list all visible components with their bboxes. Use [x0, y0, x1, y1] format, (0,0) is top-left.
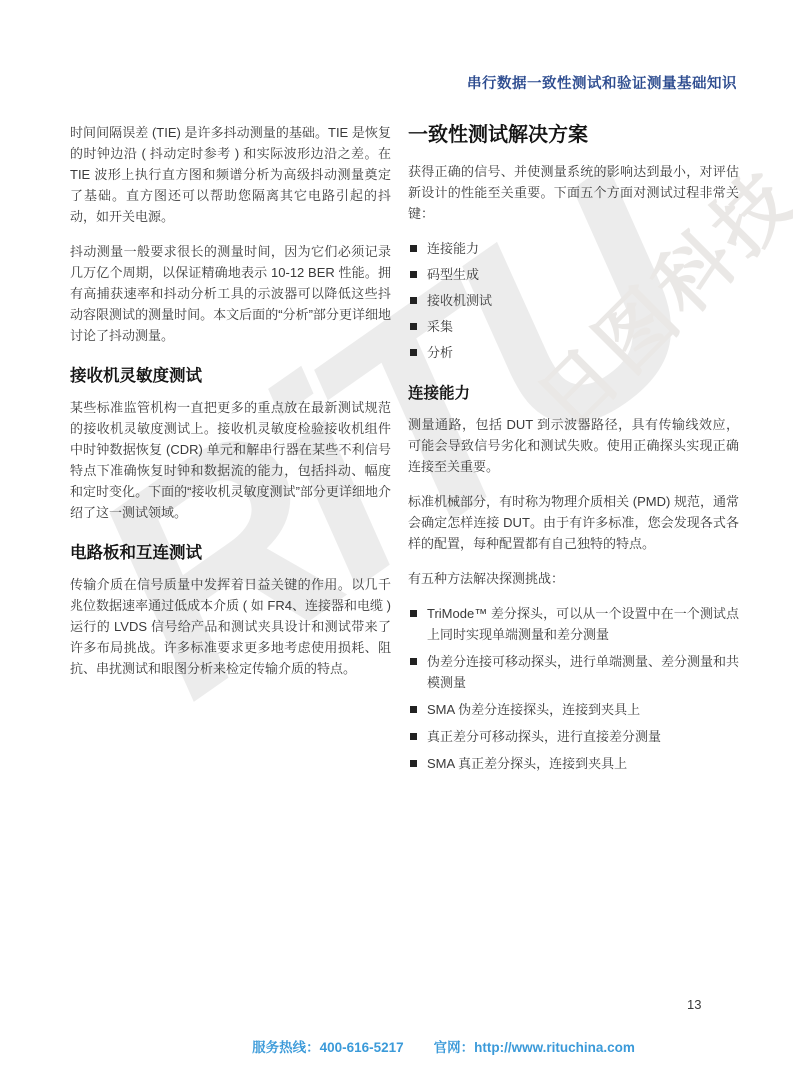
bullet-square-icon	[410, 733, 417, 740]
bullet-square-icon	[410, 706, 417, 713]
paragraph-jitter: 抖动测量一般要求很长的测量时间，因为它们必须记录几万亿个周期，以保证精确地表示 …	[70, 241, 391, 346]
website-url[interactable]: http://www.rituchina.com	[474, 1040, 635, 1055]
header-title: 串行数据一致性测试和验证测量基础知识	[467, 72, 737, 93]
paragraph-conformance-intro: 获得正确的信号、并使测量系统的影响达到最小，对评估新设计的性能至关重要。下面五个…	[408, 161, 739, 224]
list-item-label: TriMode™ 差分探头，可以从一个设置中在一个测试点上同时实现单端测量和差分…	[427, 603, 739, 645]
bullet-square-icon	[410, 271, 417, 278]
list-item: 伪差分连接可移动探头，进行单端测量、差分测量和共模测量	[408, 651, 739, 693]
list-item-label: SMA 真正差分探头，连接到夹具上	[427, 753, 627, 774]
website-label: 官网：	[434, 1040, 475, 1055]
list-item: SMA 真正差分探头，连接到夹具上	[408, 753, 739, 774]
bullet-square-icon	[410, 610, 417, 617]
list-item-label: 连接能力	[427, 238, 479, 259]
right-column: 一致性测试解决方案 获得正确的信号、并使测量系统的影响达到最小，对评估新设计的性…	[408, 122, 739, 780]
list-item: 分析	[408, 342, 739, 363]
paragraph-methods-intro: 有五种方法解决探测挑战：	[408, 568, 739, 589]
list-item: 接收机测试	[408, 290, 739, 311]
footer: 服务热线：400-616-5217官网：http://www.rituchina…	[70, 1036, 777, 1056]
probing-methods-list: TriMode™ 差分探头，可以从一个设置中在一个测试点上同时实现单端测量和差分…	[408, 603, 739, 774]
section-heading-conformance-solutions: 一致性测试解决方案	[408, 122, 739, 148]
left-column: 时间间隔误差 (TIE) 是许多抖动测量的基础。TIE 是恢复的时钟边沿 ( 抖…	[70, 122, 391, 693]
list-item: 码型生成	[408, 264, 739, 285]
section-heading-board-interconnect: 电路板和互连测试	[70, 542, 391, 564]
list-item-label: 真正差分可移动探头，进行直接差分测量	[427, 726, 661, 747]
bullet-square-icon	[410, 658, 417, 665]
paragraph-tie: 时间间隔误差 (TIE) 是许多抖动测量的基础。TIE 是恢复的时钟边沿 ( 抖…	[70, 122, 391, 227]
paragraph-connectivity-1: 测量通路，包括 DUT 到示波器路径，具有传输线效应，可能会导致信号劣化和测试失…	[408, 414, 739, 477]
bullet-square-icon	[410, 323, 417, 330]
list-item: TriMode™ 差分探头，可以从一个设置中在一个测试点上同时实现单端测量和差分…	[408, 603, 739, 645]
document-page: RiTU 日图科技 串行数据一致性测试和验证测量基础知识 时间间隔误差 (TIE…	[0, 0, 793, 1077]
list-item-label: 分析	[427, 342, 453, 363]
page-number: 13	[687, 997, 701, 1012]
list-item-label: 接收机测试	[427, 290, 492, 311]
list-item-label: SMA 伪差分连接探头，连接到夹具上	[427, 699, 640, 720]
bullet-square-icon	[410, 349, 417, 356]
list-item-label: 伪差分连接可移动探头，进行单端测量、差分测量和共模测量	[427, 651, 739, 693]
key-aspects-list: 连接能力 码型生成 接收机测试 采集 分析	[408, 238, 739, 363]
list-item-label: 码型生成	[427, 264, 479, 285]
bullet-square-icon	[410, 245, 417, 252]
bullet-square-icon	[410, 760, 417, 767]
list-item: 采集	[408, 316, 739, 337]
paragraph-board-interconnect: 传输介质在信号质量中发挥着日益关键的作用。以几千兆位数据速率通过低成本介质 ( …	[70, 574, 391, 679]
list-item: SMA 伪差分连接探头，连接到夹具上	[408, 699, 739, 720]
paragraph-receiver-sensitivity: 某些标准监管机构一直把更多的重点放在最新测试规范的接收机灵敏度测试上。接收机灵敏…	[70, 397, 391, 523]
list-item: 连接能力	[408, 238, 739, 259]
bullet-square-icon	[410, 297, 417, 304]
hotline-number: 400-616-5217	[320, 1040, 404, 1055]
section-heading-receiver-sensitivity: 接收机灵敏度测试	[70, 365, 391, 387]
paragraph-connectivity-2: 标准机械部分，有时称为物理介质相关 (PMD) 规范，通常会确定怎样连接 DUT…	[408, 491, 739, 554]
hotline-label: 服务热线：	[252, 1040, 320, 1055]
section-heading-connectivity: 连接能力	[408, 383, 739, 404]
list-item: 真正差分可移动探头，进行直接差分测量	[408, 726, 739, 747]
list-item-label: 采集	[427, 316, 453, 337]
